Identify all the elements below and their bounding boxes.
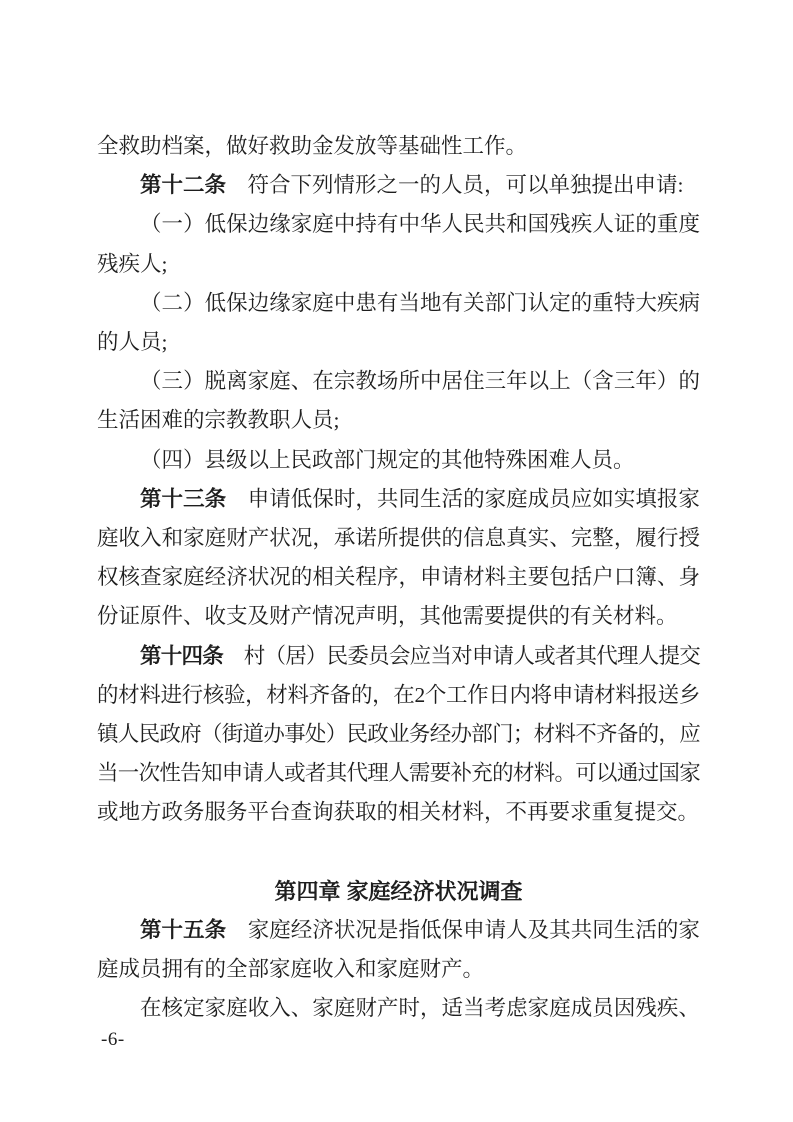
- text-line: 份证原件、收支及财产情况声明，其他需要提供的有关材料。: [97, 597, 700, 636]
- text-line: 庭成员拥有的全部家庭收入和家庭财产。: [97, 950, 700, 989]
- blank-line: [97, 833, 700, 872]
- text-line: 残疾人;: [97, 245, 700, 284]
- line-text: 庭收入和家庭财产状况，承诺所提供的信息真实、完整，履行授: [97, 526, 700, 550]
- line-text: 或地方政务服务平台查询获取的相关材料，不再要求重复提交。: [97, 800, 699, 824]
- body-text: 在核定家庭收入、家庭财产时，适当考虑家庭成员因残疾、: [140, 996, 700, 1020]
- text-line: 当一次性告知申请人或者其代理人需要补充的材料。可以通过国家: [97, 754, 700, 793]
- line-text: 庭成员拥有的全部家庭收入和家庭财产。: [97, 957, 484, 981]
- body-text: 申请低保时，共同生活的家庭成员应如实填报家: [226, 487, 700, 511]
- line-text: 第十五条 家庭经济状况是指低保申请人及其共同生活的家: [140, 918, 700, 942]
- article-number: 第四章 家庭经济状况调查: [274, 879, 522, 904]
- body-text: （三）脱离家庭、在宗教场所中居住三年以上（含三年）的: [140, 369, 700, 393]
- body-text: （四）县级以上民政部门规定的其他特殊困难人员。: [140, 448, 635, 472]
- text-line: （四）县级以上民政部门规定的其他特殊困难人员。: [97, 441, 700, 480]
- line-text: （一）低保边缘家庭中持有中华人民共和国残疾人证的重度: [140, 212, 700, 236]
- line-text: （四）县级以上民政部门规定的其他特殊困难人员。: [140, 448, 635, 472]
- text-line: 在核定家庭收入、家庭财产时，适当考虑家庭成员因残疾、: [97, 989, 700, 1028]
- body-text: 或地方政务服务平台查询获取的相关材料，不再要求重复提交。: [97, 800, 699, 824]
- body-text: 庭成员拥有的全部家庭收入和家庭财产。: [97, 957, 484, 981]
- line-text: 第四章 家庭经济状况调查: [274, 879, 522, 904]
- body-text: 份证原件、收支及财产情况声明，其他需要提供的有关材料。: [97, 604, 678, 628]
- text-line: 第十四条 村（居）民委员会应当对申请人或者其代理人提交: [97, 637, 700, 676]
- line-text: 生活困难的宗教教职人员;: [97, 408, 339, 432]
- body-text: 家庭经济状况是指低保申请人及其共同生活的家: [226, 918, 700, 942]
- body-text: （一）低保边缘家庭中持有中华人民共和国残疾人证的重度: [140, 212, 700, 236]
- line-text: 的材料进行核验，材料齐备的，在2个工作日内将申请材料报送乡: [97, 683, 700, 707]
- line-text: 第十三条 申请低保时，共同生活的家庭成员应如实填报家: [140, 487, 700, 511]
- text-line: 第十五条 家庭经济状况是指低保申请人及其共同生活的家: [97, 911, 700, 950]
- line-text: 的人员;: [97, 330, 167, 354]
- body-text: 村（居）民委员会应当对申请人或者其代理人提交: [223, 644, 700, 668]
- text-line: 权核查家庭经济状况的相关程序，申请材料主要包括户口簿、身: [97, 558, 700, 597]
- article-number: 第十四条: [140, 644, 223, 668]
- body-text: 生活困难的宗教教职人员;: [97, 408, 339, 432]
- document-page: 全救助档案，做好救助金发放等基础性工作。第十二条 符合下列情形之一的人员，可以单…: [0, 0, 793, 1122]
- text-line: （二）低保边缘家庭中患有当地有关部门认定的重特大疾病: [97, 284, 700, 323]
- article-number: 第十五条: [140, 918, 226, 942]
- line-text: 在核定家庭收入、家庭财产时，适当考虑家庭成员因残疾、: [140, 996, 700, 1020]
- text-line: 全救助档案，做好救助金发放等基础性工作。: [97, 127, 700, 166]
- body-text: 残疾人;: [97, 252, 167, 276]
- body-text: 全救助档案，做好救助金发放等基础性工作。: [97, 134, 527, 158]
- line-text: 权核查家庭经济状况的相关程序，申请材料主要包括户口簿、身: [97, 565, 700, 589]
- text-line: 镇人民政府（街道办事处）民政业务经办部门；材料不齐备的，应: [97, 715, 700, 754]
- text-line: 庭收入和家庭财产状况，承诺所提供的信息真实、完整，履行授: [97, 519, 700, 558]
- body-text: 庭收入和家庭财产状况，承诺所提供的信息真实、完整，履行授: [97, 526, 700, 550]
- text-line: （三）脱离家庭、在宗教场所中居住三年以上（含三年）的: [97, 362, 700, 401]
- body-text: 镇人民政府（街道办事处）民政业务经办部门；材料不齐备的，应: [97, 722, 700, 746]
- body-text: 当一次性告知申请人或者其代理人需要补充的材料。可以通过国家: [97, 761, 700, 785]
- document-text: 全救助档案，做好救助金发放等基础性工作。第十二条 符合下列情形之一的人员，可以单…: [97, 127, 700, 1029]
- text-line: 的材料进行核验，材料齐备的，在2个工作日内将申请材料报送乡: [97, 676, 700, 715]
- line-text: 残疾人;: [97, 252, 167, 276]
- line-text: （二）低保边缘家庭中患有当地有关部门认定的重特大疾病: [140, 291, 700, 315]
- line-text: 第十二条 符合下列情形之一的人员，可以单独提出申请:: [140, 173, 684, 197]
- text-line: 或地方政务服务平台查询获取的相关材料，不再要求重复提交。: [97, 793, 700, 832]
- body-text: （二）低保边缘家庭中患有当地有关部门认定的重特大疾病: [140, 291, 700, 315]
- line-text: 全救助档案，做好救助金发放等基础性工作。: [97, 134, 527, 158]
- body-text: 符合下列情形之一的人员，可以单独提出申请:: [226, 173, 683, 197]
- body-text: 的材料进行核验，材料齐备的，在2个工作日内将申请材料报送乡: [97, 683, 700, 707]
- article-number: 第十三条: [140, 487, 226, 511]
- text-line: 的人员;: [97, 323, 700, 362]
- body-text: 权核查家庭经济状况的相关程序，申请材料主要包括户口簿、身: [97, 565, 700, 589]
- article-number: 第十二条: [140, 173, 226, 197]
- text-line: 第十二条 符合下列情形之一的人员，可以单独提出申请:: [97, 166, 700, 205]
- text-line: （一）低保边缘家庭中持有中华人民共和国残疾人证的重度: [97, 205, 700, 244]
- line-text: 份证原件、收支及财产情况声明，其他需要提供的有关材料。: [97, 604, 678, 628]
- chapter-heading: 第四章 家庭经济状况调查: [97, 872, 700, 911]
- line-text: 第十四条 村（居）民委员会应当对申请人或者其代理人提交: [140, 644, 700, 668]
- line-text: 当一次性告知申请人或者其代理人需要补充的材料。可以通过国家: [97, 761, 700, 785]
- body-text: 的人员;: [97, 330, 167, 354]
- line-text: 镇人民政府（街道办事处）民政业务经办部门；材料不齐备的，应: [97, 722, 700, 746]
- text-line: 第十三条 申请低保时，共同生活的家庭成员应如实填报家: [97, 480, 700, 519]
- line-text: （三）脱离家庭、在宗教场所中居住三年以上（含三年）的: [140, 369, 700, 393]
- text-line: 生活困难的宗教教职人员;: [97, 401, 700, 440]
- page-number: -6-: [101, 1029, 125, 1051]
